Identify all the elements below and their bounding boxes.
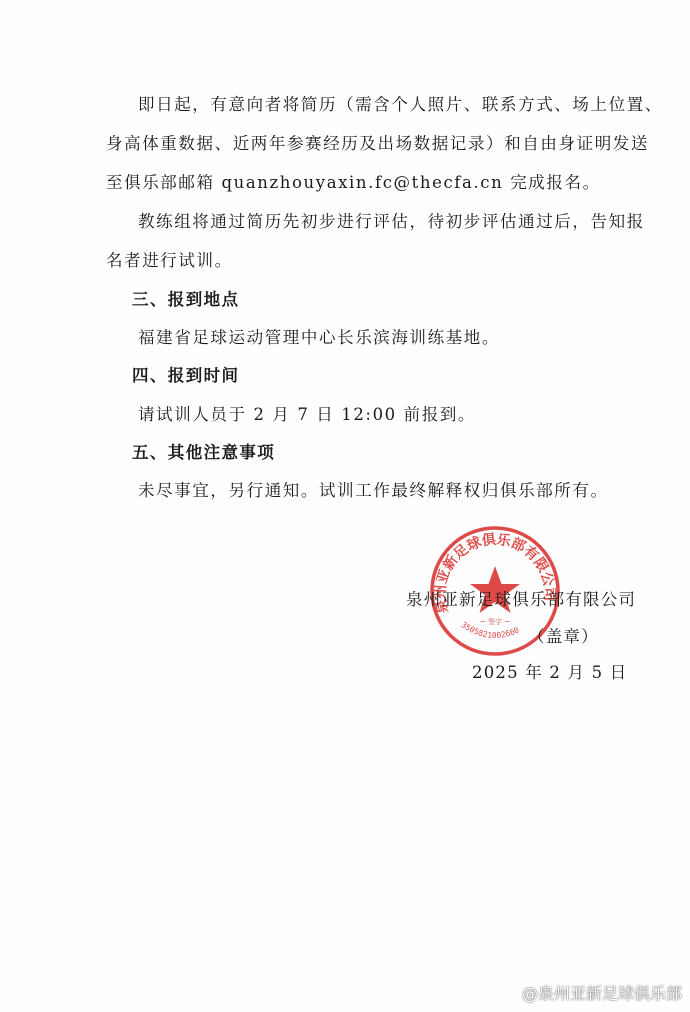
paragraph-line: 名者进行试训。 (106, 251, 233, 271)
paragraph-line: 即日起，有意向者将简历（需含个人照片、联系方式、场上位置、 (138, 95, 663, 115)
weibo-icon (496, 984, 518, 1002)
section-heading-location: 三、报到地点 (132, 290, 239, 310)
svg-text:~ 签字 ~: ~ 签字 ~ (480, 617, 510, 626)
document-page: 即日起，有意向者将简历（需含个人照片、联系方式、场上位置、 身高体重数据、近两年… (0, 0, 690, 1012)
section-body-notes: 未尽事宜，另行通知。试训工作最终解释权归俱乐部所有。 (138, 481, 609, 501)
paragraph-line: 身高体重数据、近两年参赛经历及出场数据记录）和自由身证明发送 (106, 134, 649, 154)
watermark-text: @泉州亚新足球俱乐部 (522, 981, 682, 1004)
section-heading-notes: 五、其他注意事项 (132, 443, 275, 463)
paragraph-line: 教练组将通过简历先初步进行评估，待初步评估通过后，告知报 (138, 212, 645, 232)
signature-organization: 泉州亚新足球俱乐部有限公司 (406, 586, 636, 610)
paragraph-line: 至俱乐部邮箱 quanzhouyaxin.fc@thecfa.cn 完成报名。 (106, 173, 601, 193)
weibo-watermark: @泉州亚新足球俱乐部 (496, 981, 682, 1004)
signature-date: 2025 年 2 月 5 日 (472, 659, 628, 683)
section-body-time: 请试训人员于 2 月 7 日 12:00 前报到。 (138, 405, 476, 425)
section-body-location: 福建省足球运动管理中心长乐滨海训练基地。 (138, 328, 500, 348)
signature-seal-note: （盖章） (528, 623, 599, 647)
section-heading-time: 四、报到时间 (132, 366, 239, 386)
